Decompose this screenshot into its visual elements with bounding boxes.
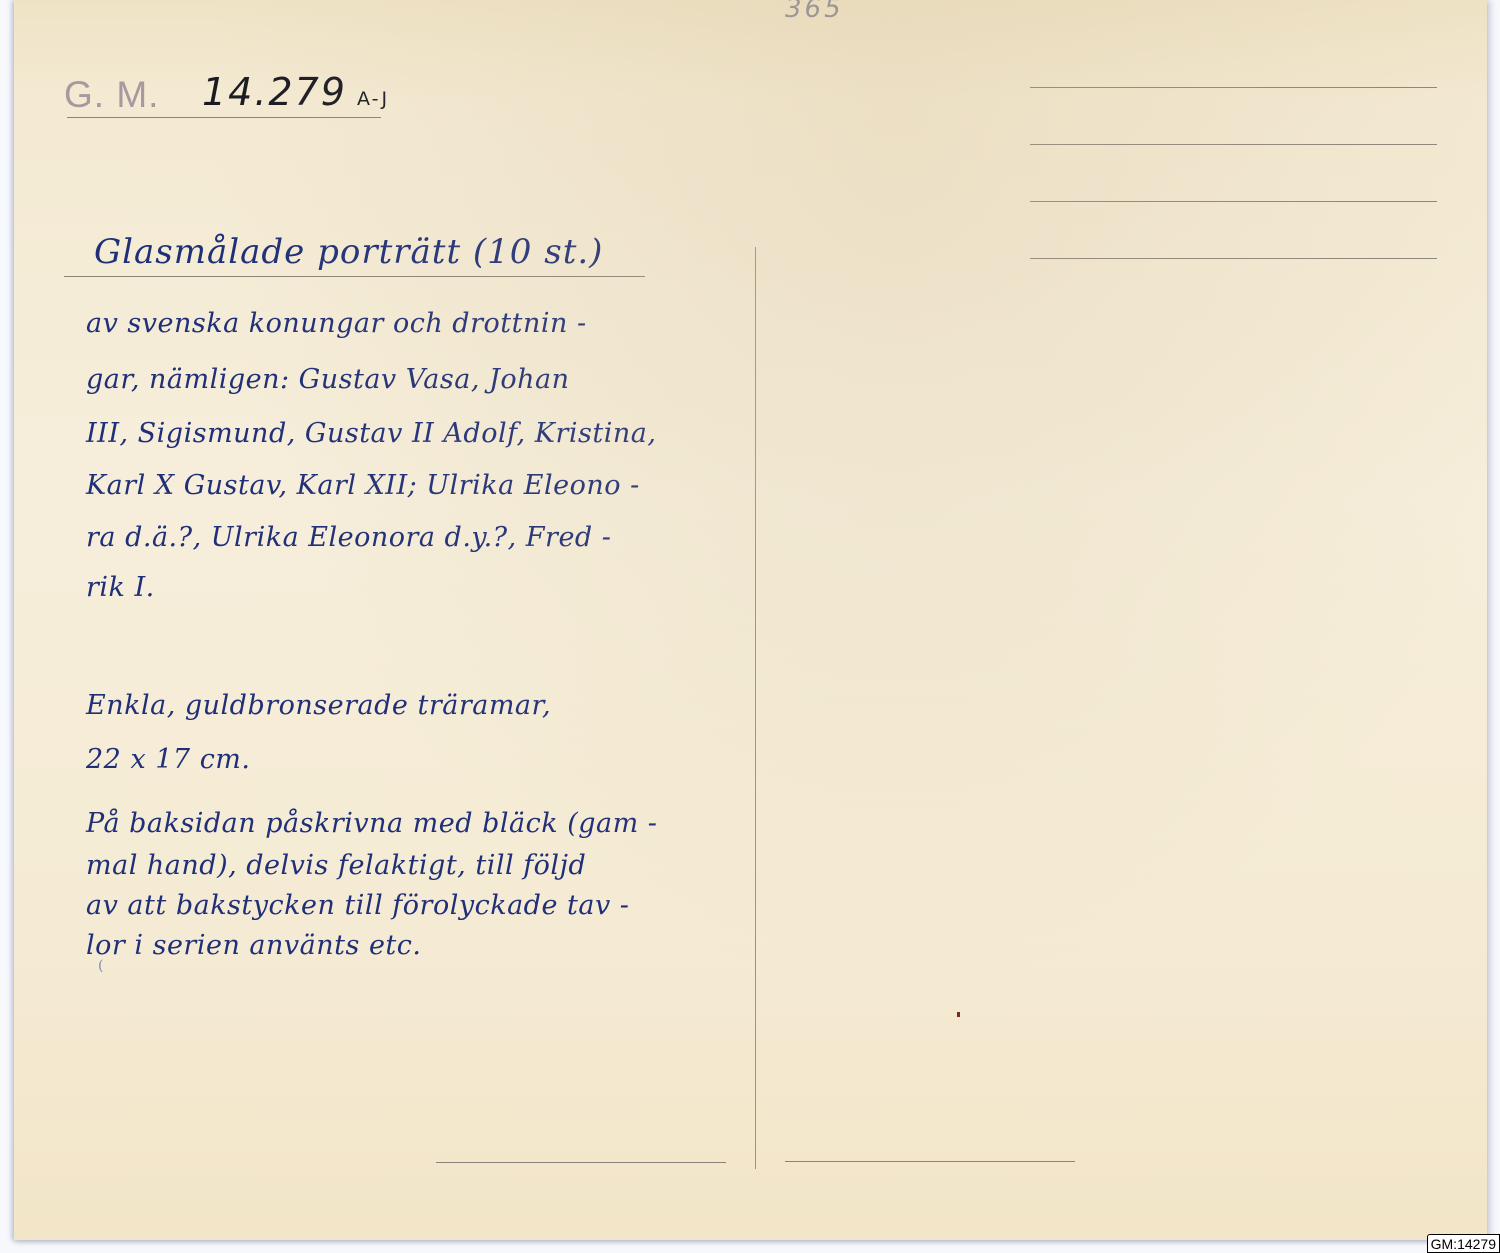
inventory-number: 14.279: [202, 70, 347, 114]
stray-ink-mark: (: [98, 958, 103, 974]
signature-line-left: [436, 1162, 726, 1163]
description-line: av svenska konungar och drottnin -: [86, 308, 587, 339]
signature-line-right: [785, 1161, 1075, 1162]
note-line: av att bakstycken till förolyckade tav -: [86, 890, 629, 921]
description-line: ra d.ä.?, Ulrika Eleonora d.y.?, Fred -: [86, 522, 611, 553]
blank-line-4: [1030, 258, 1437, 259]
note-line: På baksidan påskrivna med bläck (gam -: [86, 808, 657, 839]
catalogue-card: 365 G. M. 14.279 A-J Glasmålade porträtt…: [14, 0, 1487, 1240]
blank-line-1: [1030, 87, 1437, 88]
description-line: Karl X Gustav, Karl XII; Ulrika Eleono -: [86, 470, 640, 501]
blank-line-2: [1030, 144, 1437, 145]
description-line: rik I.: [86, 572, 155, 603]
column-divider: [755, 247, 756, 1169]
scanned-catalogue-card: 365 G. M. 14.279 A-J Glasmålade porträtt…: [0, 0, 1500, 1253]
description-line: III, Sigismund, Gustav II Adolf, Kristin…: [86, 418, 656, 449]
object-title: Glasmålade porträtt (10 st.): [94, 232, 603, 272]
ink-speck: [957, 1012, 960, 1017]
image-id-tag: GM:14279: [1427, 1234, 1500, 1253]
pencil-page-number: 365: [785, 0, 844, 24]
header-underline: [67, 117, 381, 118]
description-line: gar, nämligen: Gustav Vasa, Johan: [86, 364, 569, 395]
museum-stamp-prefix: G. M.: [64, 74, 159, 116]
blank-line-3: [1030, 201, 1437, 202]
note-line: mal hand), delvis felaktigt, till följd: [86, 850, 586, 881]
note-line: lor i serien använts etc.: [86, 930, 421, 961]
inventory-suffix: A-J: [357, 88, 389, 110]
frame-description: Enkla, guldbronserade träramar,: [86, 690, 551, 721]
title-underline: [64, 276, 645, 277]
frame-dimensions: 22 x 17 cm.: [86, 744, 251, 775]
